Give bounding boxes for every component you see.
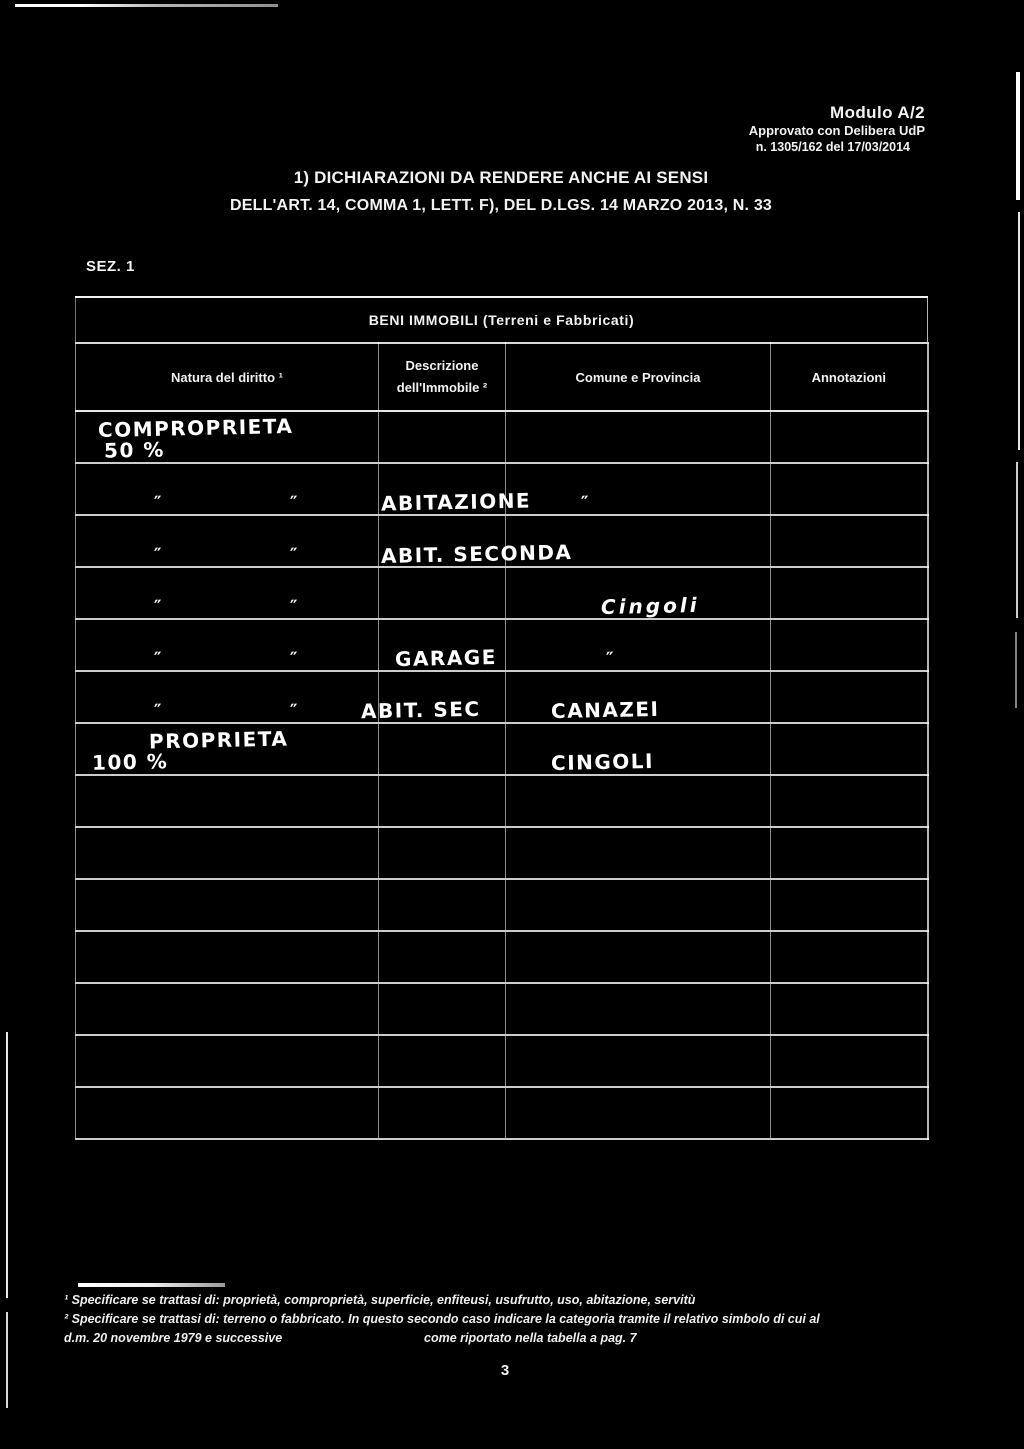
natura-ditto: ″ <box>154 495 162 512</box>
table-row-empty <box>76 1035 928 1087</box>
table-row: ″″ ABITAZIONE ″ <box>76 463 928 515</box>
cell-descrizione <box>379 411 506 463</box>
descrizione-value: ABIT. SEC <box>361 699 481 721</box>
scanned-form-page: Modulo A/2 Approvato con Delibera UdP n.… <box>0 0 1024 1449</box>
empty-cell <box>76 931 379 983</box>
empty-cell <box>506 983 771 1035</box>
scan-artifact-top-line <box>15 4 278 7</box>
quota-ditto: ″ <box>289 547 297 564</box>
empty-cell <box>771 775 928 827</box>
empty-cell <box>76 827 379 879</box>
empty-cell <box>379 1087 506 1139</box>
table-row: PROPRIETA100 % CINGOLI <box>76 723 928 775</box>
scan-artifact-left-edge <box>6 1312 8 1408</box>
table-row-empty <box>76 879 928 931</box>
footnote-3-left: d.m. 20 novembre 1979 e successive <box>64 1331 282 1345</box>
empty-cell <box>771 983 928 1035</box>
module-label: Modulo A/2 <box>749 103 925 123</box>
empty-cell <box>771 879 928 931</box>
descrizione-value: GARAGE <box>395 647 497 669</box>
empty-cell <box>379 983 506 1035</box>
cell-comune: ″ <box>506 619 771 671</box>
header-descrizione-immobile: Descrizione dell'Immobile ² <box>379 343 506 411</box>
table-title-row: BENI IMMOBILI (Terreni e Fabbricati) <box>76 297 928 343</box>
empty-cell <box>506 1035 771 1087</box>
empty-cell <box>506 775 771 827</box>
empty-cell <box>506 879 771 931</box>
cell-descrizione: ABIT. SEC <box>379 671 506 723</box>
comune-value: Cingoli <box>601 595 700 617</box>
footnote-1: ¹ Specificare se trattasi di: proprietà,… <box>64 1291 964 1310</box>
section-label: SEZ. 1 <box>86 258 135 275</box>
table-row: COMPROPRIETA50 % <box>76 411 928 463</box>
empty-cell <box>506 827 771 879</box>
empty-cell <box>76 775 379 827</box>
cell-annotazioni <box>771 567 928 619</box>
natura-ditto: ″ <box>154 547 162 564</box>
empty-cell <box>771 1087 928 1139</box>
empty-cell <box>771 1035 928 1087</box>
cell-natura: ″″ <box>76 515 379 567</box>
footnote-3: d.m. 20 novembre 1979 e successive come … <box>64 1329 964 1348</box>
scan-artifact-right-edge <box>1016 72 1020 200</box>
empty-cell <box>379 775 506 827</box>
table-row-empty <box>76 827 928 879</box>
cell-descrizione <box>379 567 506 619</box>
cell-descrizione: ABITAZIONE <box>379 463 506 515</box>
table-row-empty <box>76 983 928 1035</box>
comune-ditto: ″ <box>581 495 589 512</box>
quota-ditto: ″ <box>289 599 297 616</box>
footnote-separator-line <box>78 1283 225 1287</box>
footnotes: ¹ Specificare se trattasi di: proprietà,… <box>64 1291 964 1348</box>
footnote-3-right: come riportato nella tabella a pag. 7 <box>424 1329 637 1348</box>
scan-artifact-right-edge <box>1018 212 1020 450</box>
approval-line-2: n. 1305/162 del 17/03/2014 <box>756 139 925 155</box>
empty-cell <box>76 983 379 1035</box>
comune-ditto: ″ <box>606 651 614 668</box>
title-line-1: 1) DICHIARAZIONI DA RENDERE ANCHE AI SEN… <box>0 168 1002 188</box>
table-row-empty <box>76 1087 928 1139</box>
cell-comune: CINGOLI <box>506 723 771 775</box>
cell-annotazioni <box>771 619 928 671</box>
title-line-2: DELL'ART. 14, COMMA 1, LETT. F), DEL D.L… <box>0 197 1002 215</box>
cell-natura: ″″ <box>76 619 379 671</box>
header-descrizione-line1: Descrizione <box>379 355 505 377</box>
empty-cell <box>771 931 928 983</box>
quota-value: 50 % <box>104 439 165 460</box>
table-row-empty <box>76 775 928 827</box>
descrizione-value: ABITAZIONE <box>381 490 531 513</box>
scan-artifact-left-edge <box>6 1032 8 1298</box>
natura-ditto: ″ <box>154 703 162 720</box>
cell-descrizione <box>379 723 506 775</box>
descrizione-value: ABIT. SECONDA <box>381 542 573 566</box>
table-header-row: Natura del diritto ¹ Descrizione dell'Im… <box>76 343 928 411</box>
footnote-2: ² Specificare se trattasi di: terreno o … <box>64 1310 964 1329</box>
empty-cell <box>379 931 506 983</box>
cell-natura: PROPRIETA100 % <box>76 723 379 775</box>
cell-comune <box>506 411 771 463</box>
quota-ditto: ″ <box>289 703 297 720</box>
header-annotazioni: Annotazioni <box>771 343 928 411</box>
empty-cell <box>379 879 506 931</box>
empty-cell <box>771 827 928 879</box>
table-row: ″″ Cingoli <box>76 567 928 619</box>
table-title: BENI IMMOBILI (Terreni e Fabbricati) <box>76 297 928 343</box>
document-title: 1) DICHIARAZIONI DA RENDERE ANCHE AI SEN… <box>0 168 1002 215</box>
natura-ditto: ″ <box>154 599 162 616</box>
cell-natura: ″″ <box>76 567 379 619</box>
comune-value: CANAZEI <box>551 699 660 721</box>
empty-cell <box>76 1087 379 1139</box>
cell-natura: ″″ <box>76 671 379 723</box>
cell-comune: ″ <box>506 463 771 515</box>
header-natura-del-diritto: Natura del diritto ¹ <box>76 343 379 411</box>
empty-cell <box>506 1087 771 1139</box>
empty-cell <box>76 879 379 931</box>
natura-value: PROPRIETA <box>149 729 289 752</box>
scan-artifact-right-edge <box>1015 632 1017 708</box>
comune-value: CINGOLI <box>551 751 654 773</box>
cell-descrizione: ABIT. SECONDA <box>379 515 506 567</box>
cell-natura: ″″ <box>76 463 379 515</box>
table-row-empty <box>76 931 928 983</box>
quota-value: 100 % <box>92 751 169 773</box>
header-comune-provincia: Comune e Provincia <box>506 343 771 411</box>
empty-cell <box>506 931 771 983</box>
quota-ditto: ″ <box>289 495 297 512</box>
cell-descrizione: GARAGE <box>379 619 506 671</box>
header-descrizione-line2: dell'Immobile ² <box>379 377 505 399</box>
approval-block: Modulo A/2 Approvato con Delibera UdP n.… <box>749 103 925 155</box>
empty-cell <box>379 827 506 879</box>
cell-natura: COMPROPRIETA50 % <box>76 411 379 463</box>
natura-ditto: ″ <box>154 651 162 668</box>
beni-immobili-table: BENI IMMOBILI (Terreni e Fabbricati) Nat… <box>75 296 929 1140</box>
cell-annotazioni <box>771 723 928 775</box>
table-row: ″″ ABIT. SEC CANAZEI <box>76 671 928 723</box>
table-row: ″″ ABIT. SECONDA <box>76 515 928 567</box>
cell-comune: CANAZEI <box>506 671 771 723</box>
empty-cell <box>379 1035 506 1087</box>
cell-annotazioni <box>771 463 928 515</box>
table-row: ″″ GARAGE ″ <box>76 619 928 671</box>
cell-comune: Cingoli <box>506 567 771 619</box>
cell-annotazioni <box>771 515 928 567</box>
cell-annotazioni <box>771 671 928 723</box>
cell-annotazioni <box>771 411 928 463</box>
empty-cell <box>76 1035 379 1087</box>
quota-ditto: ″ <box>289 651 297 668</box>
natura-value: COMPROPRIETA <box>98 416 294 440</box>
approval-line-1: Approvato con Delibera UdP <box>749 123 925 139</box>
scan-artifact-right-edge <box>1016 462 1018 618</box>
page-number: 3 <box>0 1362 1010 1379</box>
